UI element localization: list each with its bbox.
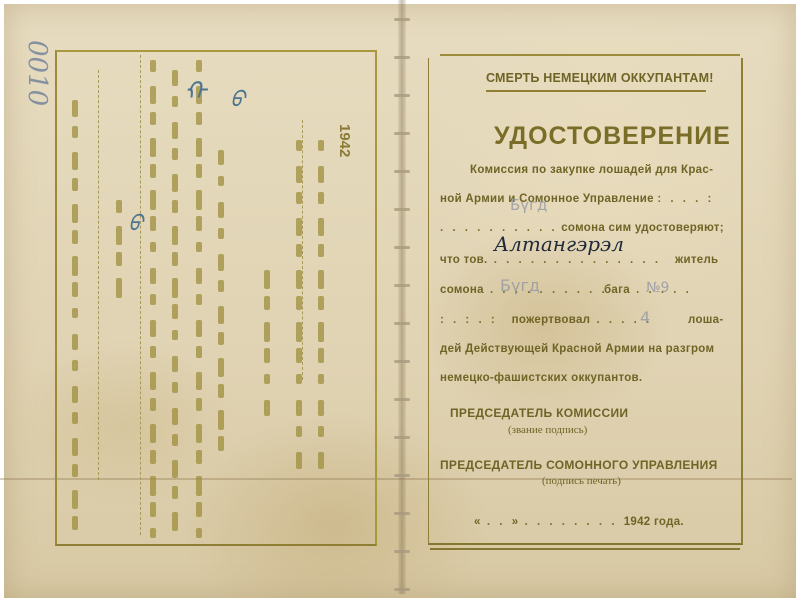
mongolian-glyph [296, 426, 302, 437]
body-text: сомона [440, 284, 484, 296]
mongolian-glyph [218, 202, 224, 218]
stitch [394, 18, 410, 21]
mongolian-glyph [172, 356, 178, 372]
mongolian-glyph [196, 216, 202, 231]
mongolian-glyph [116, 226, 122, 245]
mongolian-glyph [72, 438, 78, 456]
mongolian-glyph [264, 348, 270, 363]
left-page-dotted-line [140, 55, 141, 535]
mongolian-glyph [72, 490, 78, 509]
mongolian-glyph [172, 122, 178, 139]
mongolian-glyph [318, 452, 324, 469]
mongolian-glyph [172, 460, 178, 478]
mongolian-glyph [318, 166, 324, 183]
blue-ink-mark: ᠪ [128, 200, 143, 238]
mongolian-glyph [218, 150, 224, 165]
mongolian-glyph [196, 476, 202, 496]
mongolian-glyph [72, 230, 78, 244]
mongolian-glyph [172, 382, 178, 393]
mongolian-glyph [218, 306, 224, 324]
mongolian-glyph [318, 244, 324, 257]
mongolian-glyph [172, 434, 178, 446]
mongolian-glyph [72, 308, 78, 318]
mongolian-glyph [196, 294, 202, 305]
mongolian-glyph [218, 384, 224, 398]
mongolian-glyph [218, 436, 224, 451]
pencil-horse-count: 4 [640, 308, 650, 327]
top-rule [440, 54, 740, 56]
mongolian-glyph [296, 270, 302, 289]
mongolian-glyph [150, 216, 156, 231]
mongolian-glyph [150, 242, 156, 252]
mongolian-glyph [172, 278, 178, 298]
body-line-8: немецко-фашистских оккупантов. [440, 372, 642, 384]
stitch [394, 474, 410, 477]
mongolian-glyph [196, 268, 202, 284]
mongolian-glyph [318, 348, 324, 363]
mongolian-glyph [196, 528, 202, 538]
mongolian-glyph [318, 400, 324, 416]
bottom-rule [430, 548, 740, 550]
date-line: « . . » . . . . . . . . 1942 года. [474, 516, 684, 528]
mongolian-glyph [172, 148, 178, 160]
mongolian-glyph [218, 254, 224, 271]
mongolian-glyph [72, 256, 78, 276]
pencil-bag-number: №9 [646, 280, 669, 296]
stitch [394, 398, 410, 401]
mongolian-glyph [172, 96, 178, 107]
mongolian-glyph [218, 280, 224, 292]
date-quote-open: « [474, 516, 481, 528]
mongolian-glyph [318, 192, 324, 204]
left-page-year: 1942 [336, 124, 353, 157]
mongolian-glyph [150, 86, 156, 104]
mongolian-glyph [72, 360, 78, 371]
mongolian-glyph [318, 426, 324, 437]
body-text: что тов. [440, 254, 488, 266]
pencil-somon-name: Бүгд [510, 196, 547, 214]
mongolian-glyph [196, 112, 202, 125]
stitch [394, 360, 410, 363]
mongolian-glyph [150, 424, 156, 443]
stitch [394, 208, 410, 211]
stitch [394, 436, 410, 439]
mongolian-glyph [318, 322, 324, 342]
mongolian-glyph [150, 138, 156, 157]
mongolian-glyph [116, 278, 122, 298]
mongolian-glyph [172, 200, 178, 213]
body-line-2: ной Армии и Сомонное Управление : . . . … [440, 193, 714, 205]
pencil-somon-name-2: Бүгд [500, 276, 540, 295]
mongolian-glyph [72, 386, 78, 403]
mongolian-glyph [172, 304, 178, 319]
mongolian-glyph [150, 502, 156, 517]
date-year: 1942 года. [624, 516, 684, 528]
mongolian-glyph [72, 152, 78, 170]
mongolian-glyph [150, 268, 156, 284]
mongolian-glyph [150, 164, 156, 178]
mongolian-glyph [72, 126, 78, 138]
stitch [394, 170, 410, 173]
mongolian-glyph [116, 252, 122, 266]
mongolian-glyph [264, 400, 270, 416]
stitch [394, 132, 410, 135]
mongolian-glyph [72, 204, 78, 223]
mongolian-glyph [72, 178, 78, 191]
body-text: бага [604, 284, 630, 296]
mongolian-glyph [196, 424, 202, 443]
mongolian-glyph [196, 138, 202, 157]
mongolian-glyph [150, 320, 156, 337]
mongolian-glyph [218, 228, 224, 239]
mongolian-glyph [218, 332, 224, 345]
mongolian-glyph [172, 174, 178, 192]
mongolian-glyph [296, 348, 302, 363]
mongolian-glyph [172, 408, 178, 425]
fill-dots: : . . . : [657, 193, 714, 205]
slogan: СМЕРТЬ НЕМЕЦКИМ ОККУПАНТАМ! [486, 71, 714, 85]
mongolian-glyph [150, 450, 156, 464]
mongolian-glyph [296, 140, 302, 151]
mongolian-glyph [196, 164, 202, 178]
mongolian-glyph [150, 112, 156, 125]
mongolian-glyph [296, 374, 302, 384]
mongolian-glyph [72, 412, 78, 424]
mongolian-glyph [318, 218, 324, 236]
stitch [394, 94, 410, 97]
somon-chair-label: ПРЕДСЕДАТЕЛЬ СОМОННОГО УПРАВЛЕНИЯ [440, 458, 718, 472]
commission-chair-label: ПРЕДСЕДАТЕЛЬ КОМИССИИ [450, 406, 628, 420]
mongolian-glyph [72, 282, 78, 297]
mongolian-glyph [150, 528, 156, 538]
mongolian-glyph [264, 374, 270, 384]
mongolian-glyph [172, 70, 178, 86]
stitch [394, 322, 410, 325]
mongolian-glyph [218, 410, 224, 430]
mongolian-glyph [72, 516, 78, 530]
mongolian-glyph [296, 452, 302, 469]
mongolian-glyph [296, 400, 302, 416]
mongolian-glyph [150, 398, 156, 411]
mongolian-glyph [150, 190, 156, 210]
left-page-frame [55, 50, 377, 546]
mongolian-glyph [72, 100, 78, 117]
somon-chair-note: (подпись печать) [542, 475, 621, 487]
mongolian-glyph [196, 372, 202, 390]
fill-dots: . . [481, 516, 512, 528]
mongolian-glyph [318, 296, 324, 310]
mongolian-glyph [318, 374, 324, 384]
mongolian-glyph [318, 270, 324, 289]
mongolian-glyph [172, 252, 178, 266]
margin-pencil-number: 0010 [22, 40, 52, 106]
body-line-6: : . : . : пожертвовал . . . . . [440, 314, 652, 326]
mongolian-glyph [296, 244, 302, 257]
mongolian-glyph [150, 476, 156, 496]
mongolian-glyph [196, 190, 202, 210]
mongolian-glyph [296, 218, 302, 236]
mongolian-glyph [196, 320, 202, 337]
stitch [394, 284, 410, 287]
mongolian-glyph [196, 346, 202, 358]
mongolian-glyph [296, 192, 302, 204]
mongolian-glyph [196, 398, 202, 411]
mongolian-glyph [172, 226, 178, 245]
stitch [394, 550, 410, 553]
mongolian-glyph [72, 334, 78, 350]
stitch [394, 56, 410, 59]
mongolian-glyph [172, 486, 178, 499]
mongolian-glyph [296, 166, 302, 183]
mongolian-glyph [150, 372, 156, 390]
center-spine [398, 0, 406, 594]
certificate-title: УДОСТОВЕРЕНИЕ [494, 122, 731, 151]
stitch [394, 246, 410, 249]
slogan-underline [486, 90, 706, 92]
left-page-divider [98, 70, 99, 480]
left-page-dotted-line [302, 120, 303, 380]
mongolian-glyph [264, 270, 270, 289]
commission-chair-note: (звание подпись) [508, 424, 587, 436]
mongolian-glyph [218, 358, 224, 377]
mongolian-glyph [296, 322, 302, 342]
mongolian-glyph [196, 242, 202, 252]
mongolian-glyph [218, 176, 224, 186]
stitch [394, 588, 410, 591]
blue-ink-mark: ᠪ [230, 76, 245, 114]
mongolian-glyph [196, 502, 202, 517]
stitch [394, 512, 410, 515]
body-line-7: дей Действующей Красной Армии на разгром [440, 343, 714, 355]
body-text-zhitel: житель [675, 254, 718, 266]
mongolian-glyph [72, 464, 78, 477]
mongolian-glyph [264, 322, 270, 342]
mongolian-glyph [172, 330, 178, 340]
mongolian-glyph [318, 140, 324, 151]
fill-dots: : . : . : [440, 314, 498, 326]
mongolian-glyph [150, 294, 156, 305]
mongolian-glyph [172, 512, 178, 531]
body-text: пожертвовал [512, 314, 591, 326]
fill-dots: . . . . . . . . [518, 516, 623, 528]
body-text-losha: лоша- [688, 314, 724, 326]
blue-ink-mark: ᠬ [184, 62, 206, 108]
body-line-1: Комиссия по закупке лошадей для Крас- [470, 164, 713, 176]
mongolian-glyph [150, 346, 156, 358]
mongolian-glyph [116, 200, 122, 213]
mongolian-glyph [150, 60, 156, 72]
mongolian-glyph [264, 296, 270, 310]
mongolian-glyph [296, 296, 302, 310]
mongolian-glyph [196, 450, 202, 464]
handwritten-name: Алтангэрэл [494, 232, 624, 256]
